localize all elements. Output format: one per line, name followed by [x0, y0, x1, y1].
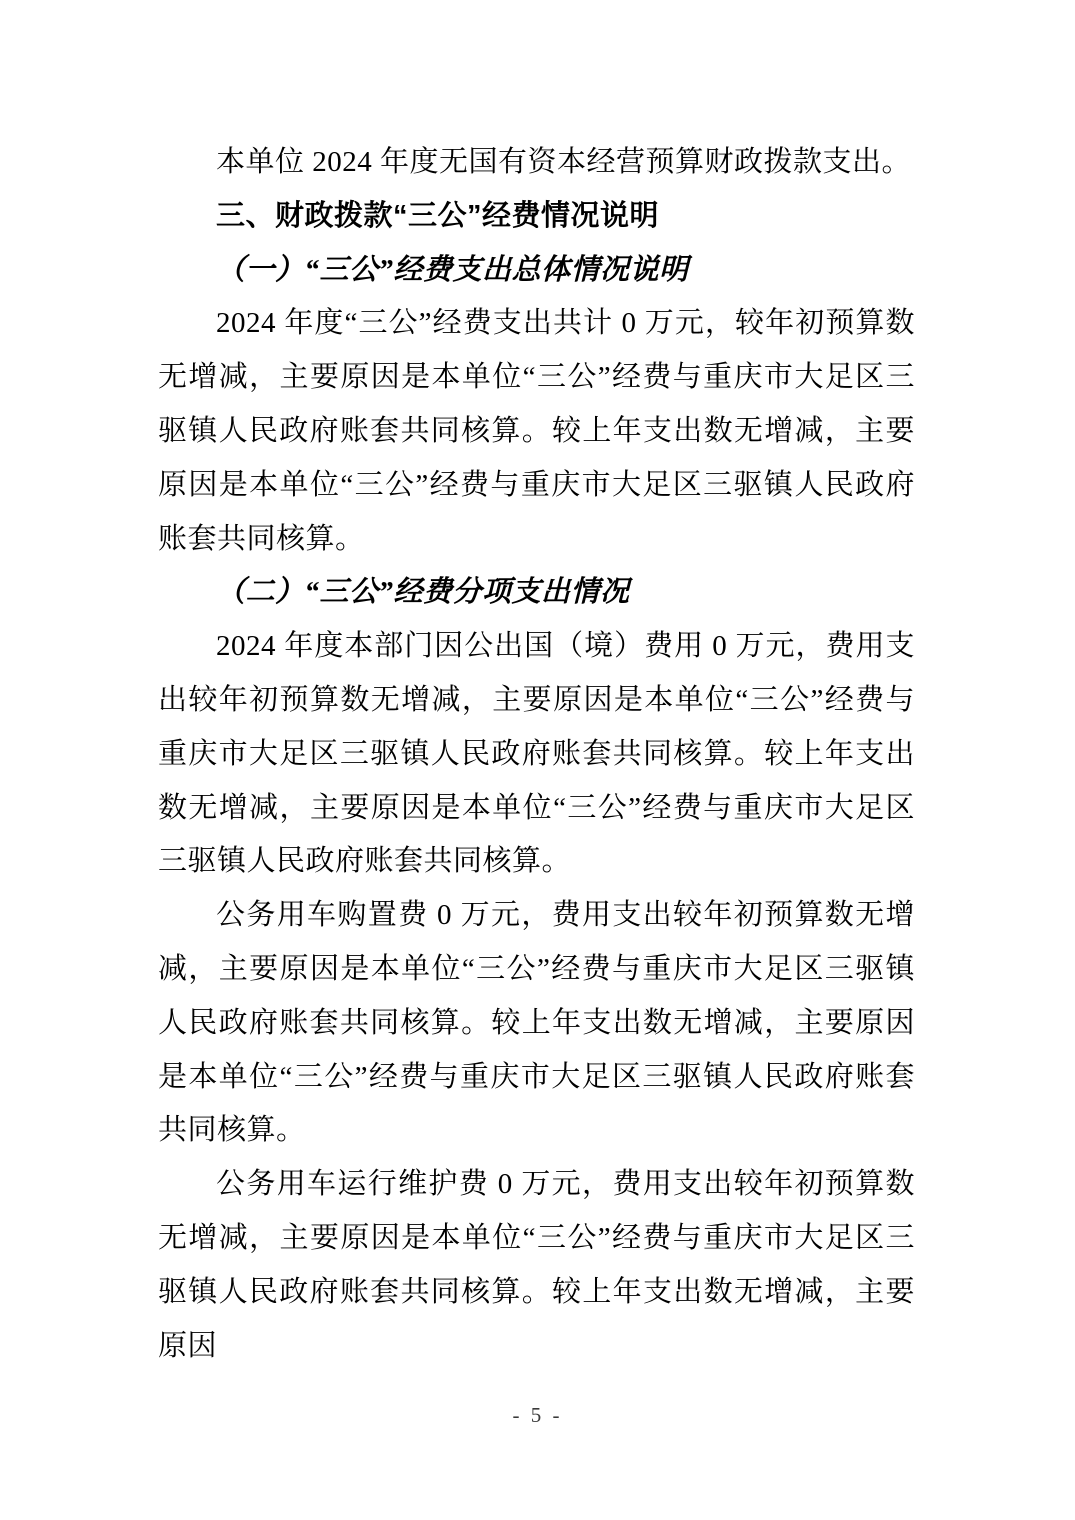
page-number: - 5 -	[0, 1403, 1075, 1428]
document-body: 本单位 2024 年度无国有资本经营预算财政拨款支出。三、财政拨款“三公”经费情…	[158, 136, 915, 1373]
subsection-heading: （二）“三公”经费分项支出情况	[158, 566, 915, 620]
section-heading: 三、财政拨款“三公”经费情况说明	[158, 190, 915, 244]
paragraph: 公务用车运行维护费 0 万元，费用支出较年初预算数无增减，主要原因是本单位“三公…	[158, 1158, 915, 1373]
paragraph: 2024 年度本部门因公出国（境）费用 0 万元，费用支出较年初预算数无增减，主…	[158, 620, 915, 889]
paragraph: 2024 年度“三公”经费支出共计 0 万元，较年初预算数无增减，主要原因是本单…	[158, 297, 915, 566]
paragraph: 本单位 2024 年度无国有资本经营预算财政拨款支出。	[158, 136, 915, 190]
document-page: 本单位 2024 年度无国有资本经营预算财政拨款支出。三、财政拨款“三公”经费情…	[0, 0, 1075, 1520]
subsection-heading: （一）“三公”经费支出总体情况说明	[158, 244, 915, 298]
paragraph: 公务用车购置费 0 万元，费用支出较年初预算数无增减，主要原因是本单位“三公”经…	[158, 889, 915, 1158]
